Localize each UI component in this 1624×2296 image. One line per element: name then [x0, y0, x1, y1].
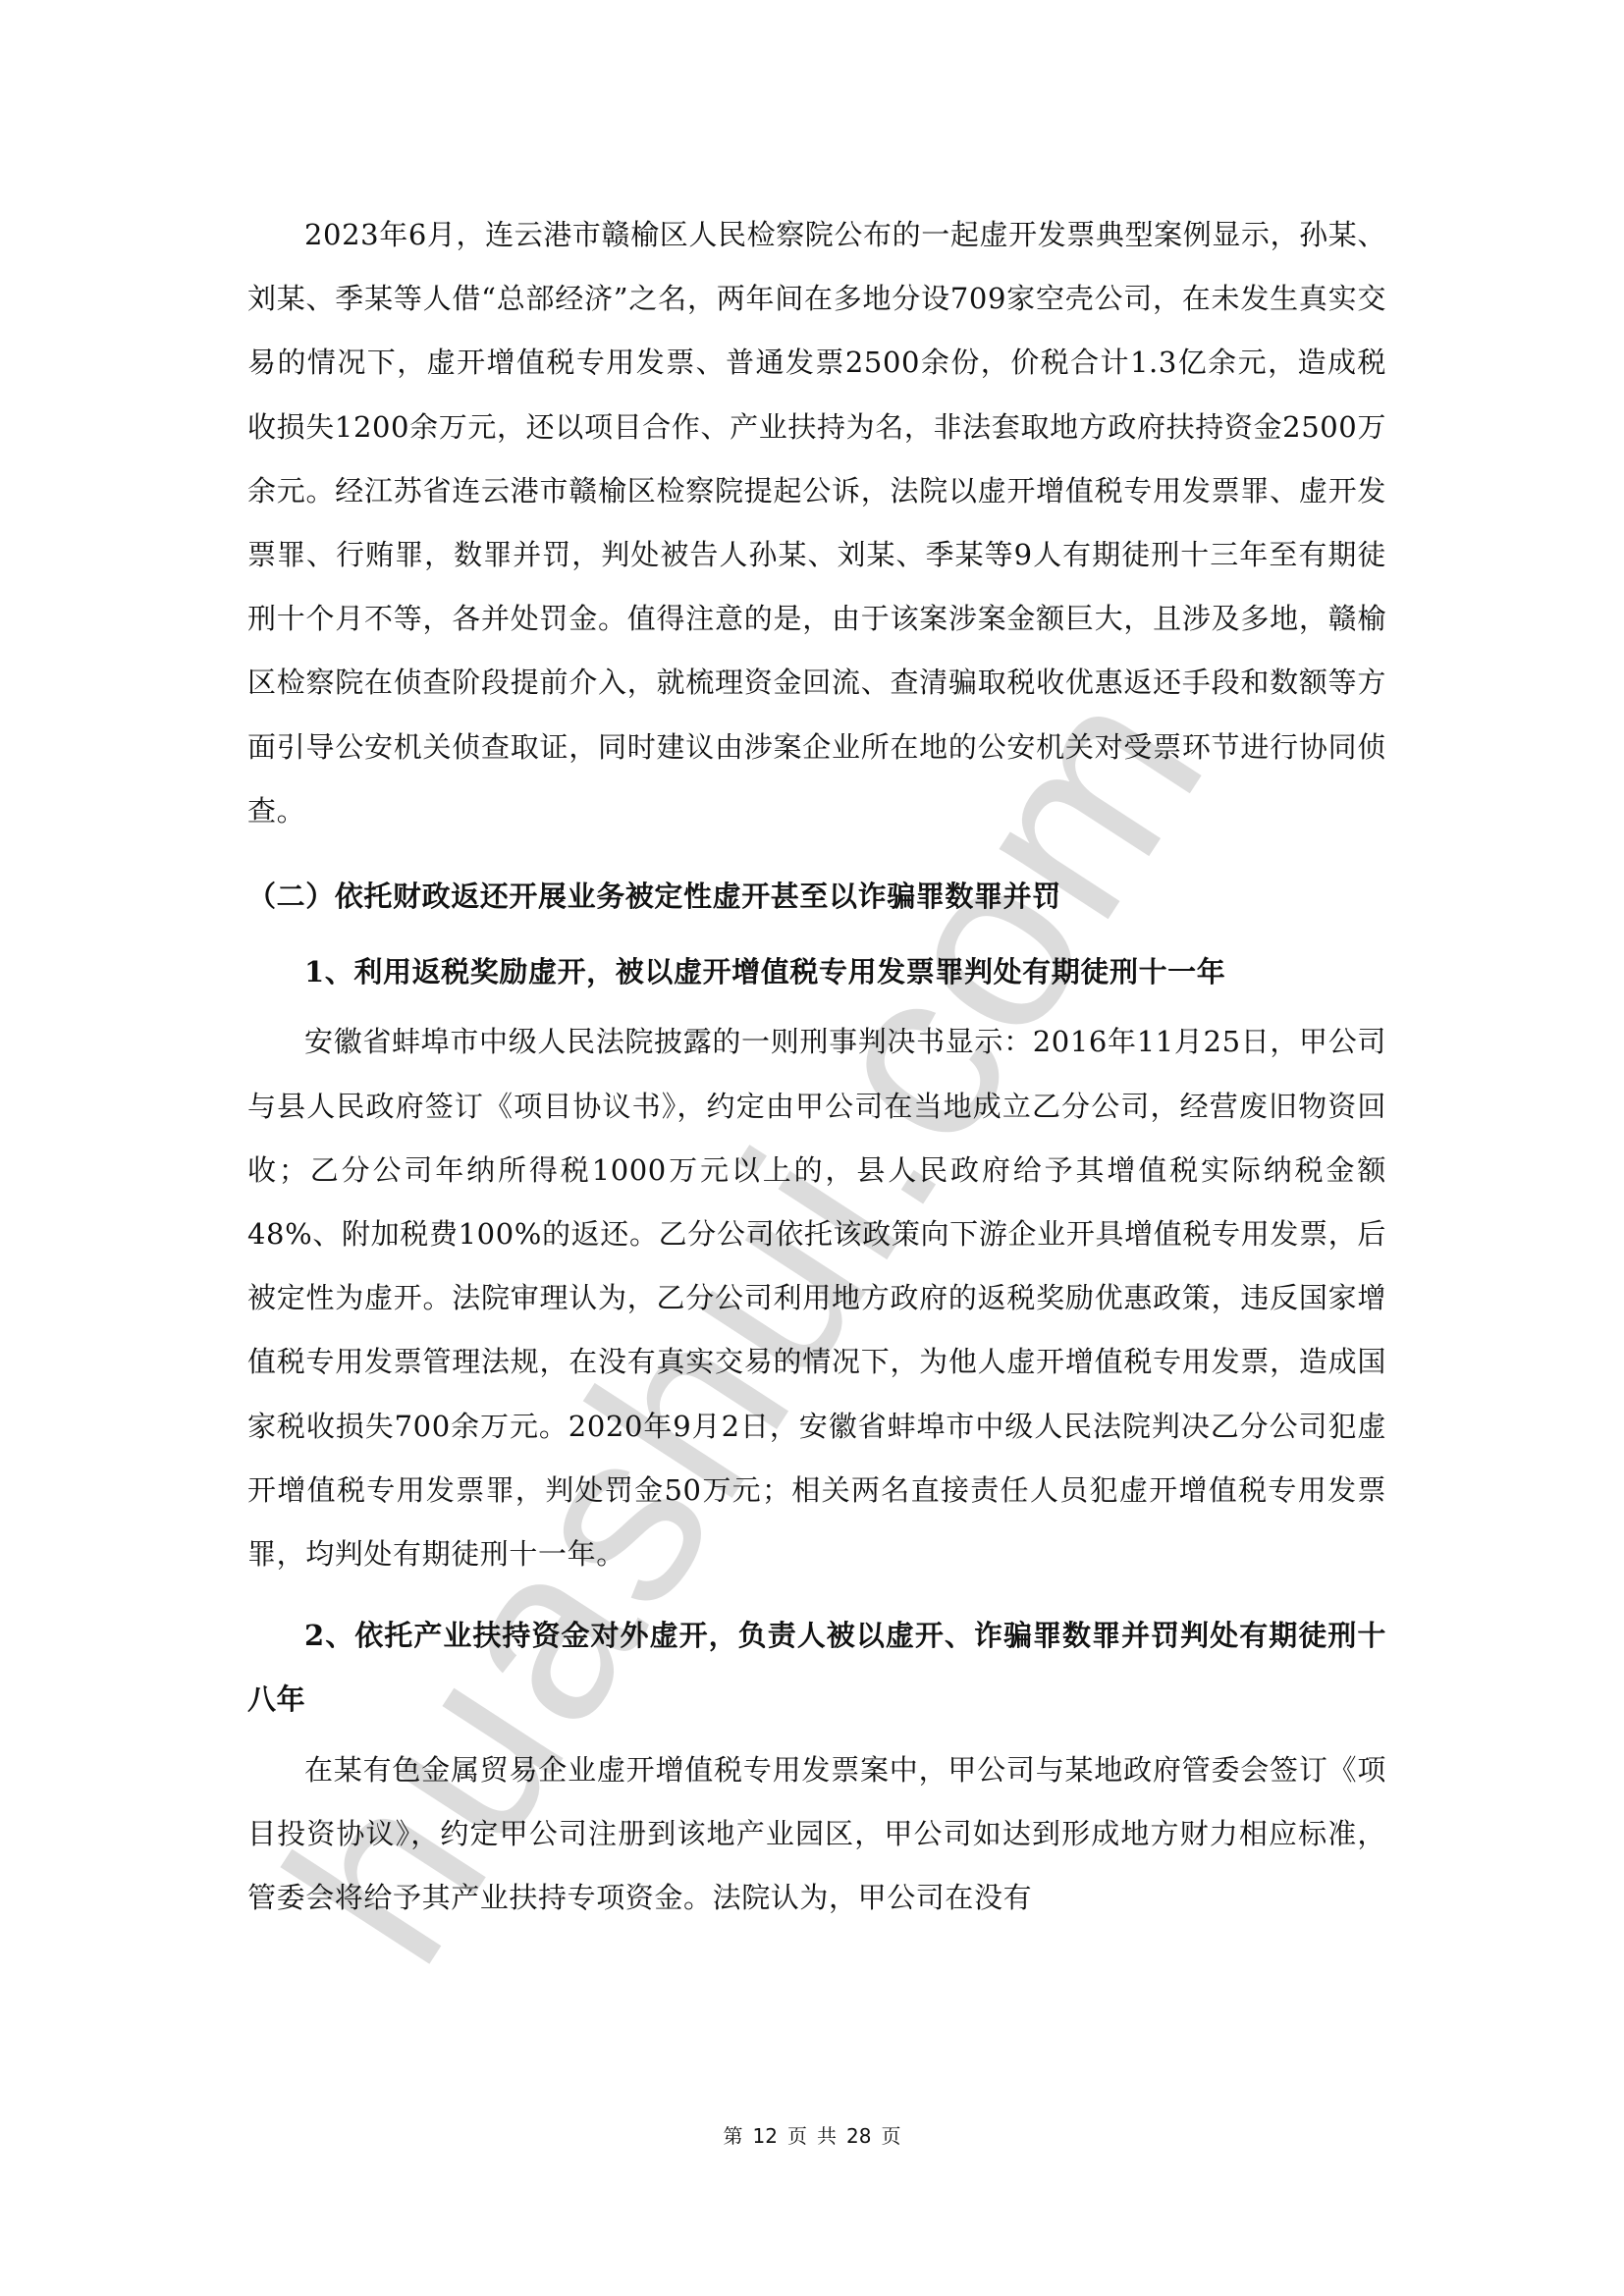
- paragraph-bengbu-case: 安徽省蚌埠市中级人民法院披露的一则刑事判决书显示：2016年11月25日，甲公司…: [247, 1010, 1386, 1586]
- paragraph-metal-trade-case: 在某有色金属贸易企业虚开增值税专用发票案中，甲公司与某地政府管委会签订《项目投资…: [247, 1738, 1386, 1931]
- page-label-prefix: 第: [724, 2124, 743, 2148]
- current-page-number: 12: [753, 2124, 778, 2148]
- subheading-tax-rebate-case: 1、利用返税奖励虚开，被以虚开增值税专用发票罪判处有期徒刑十一年: [247, 934, 1386, 1010]
- page-label-unit: 页: [787, 2124, 807, 2148]
- section-heading-fiscal-return: （二）依托财政返还开展业务被定性虚开甚至以诈骗罪数罪并罚: [247, 855, 1386, 934]
- total-pages-number: 28: [846, 2124, 871, 2148]
- paragraph-ganyu-case: 2023年6月，连云港市赣榆区人民检察院公布的一起虚开发票典型案例显示，孙某、刘…: [247, 203, 1386, 843]
- total-label-unit: 页: [881, 2124, 900, 2148]
- total-label-prefix: 共: [817, 2124, 837, 2148]
- subheading-industry-support-case: 2、依托产业扶持资金对外虚开，负责人被以虚开、诈骗罪数罪并罚判处有期徒刑十八年: [247, 1598, 1386, 1737]
- page-footer: 第12页共28页: [0, 2120, 1624, 2149]
- document-page: huashui.com 2023年6月，连云港市赣榆区人民检察院公布的一起虚开发…: [0, 0, 1624, 2296]
- document-body: 2023年6月，连云港市赣榆区人民检察院公布的一起虚开发票典型案例显示，孙某、刘…: [247, 203, 1386, 1930]
